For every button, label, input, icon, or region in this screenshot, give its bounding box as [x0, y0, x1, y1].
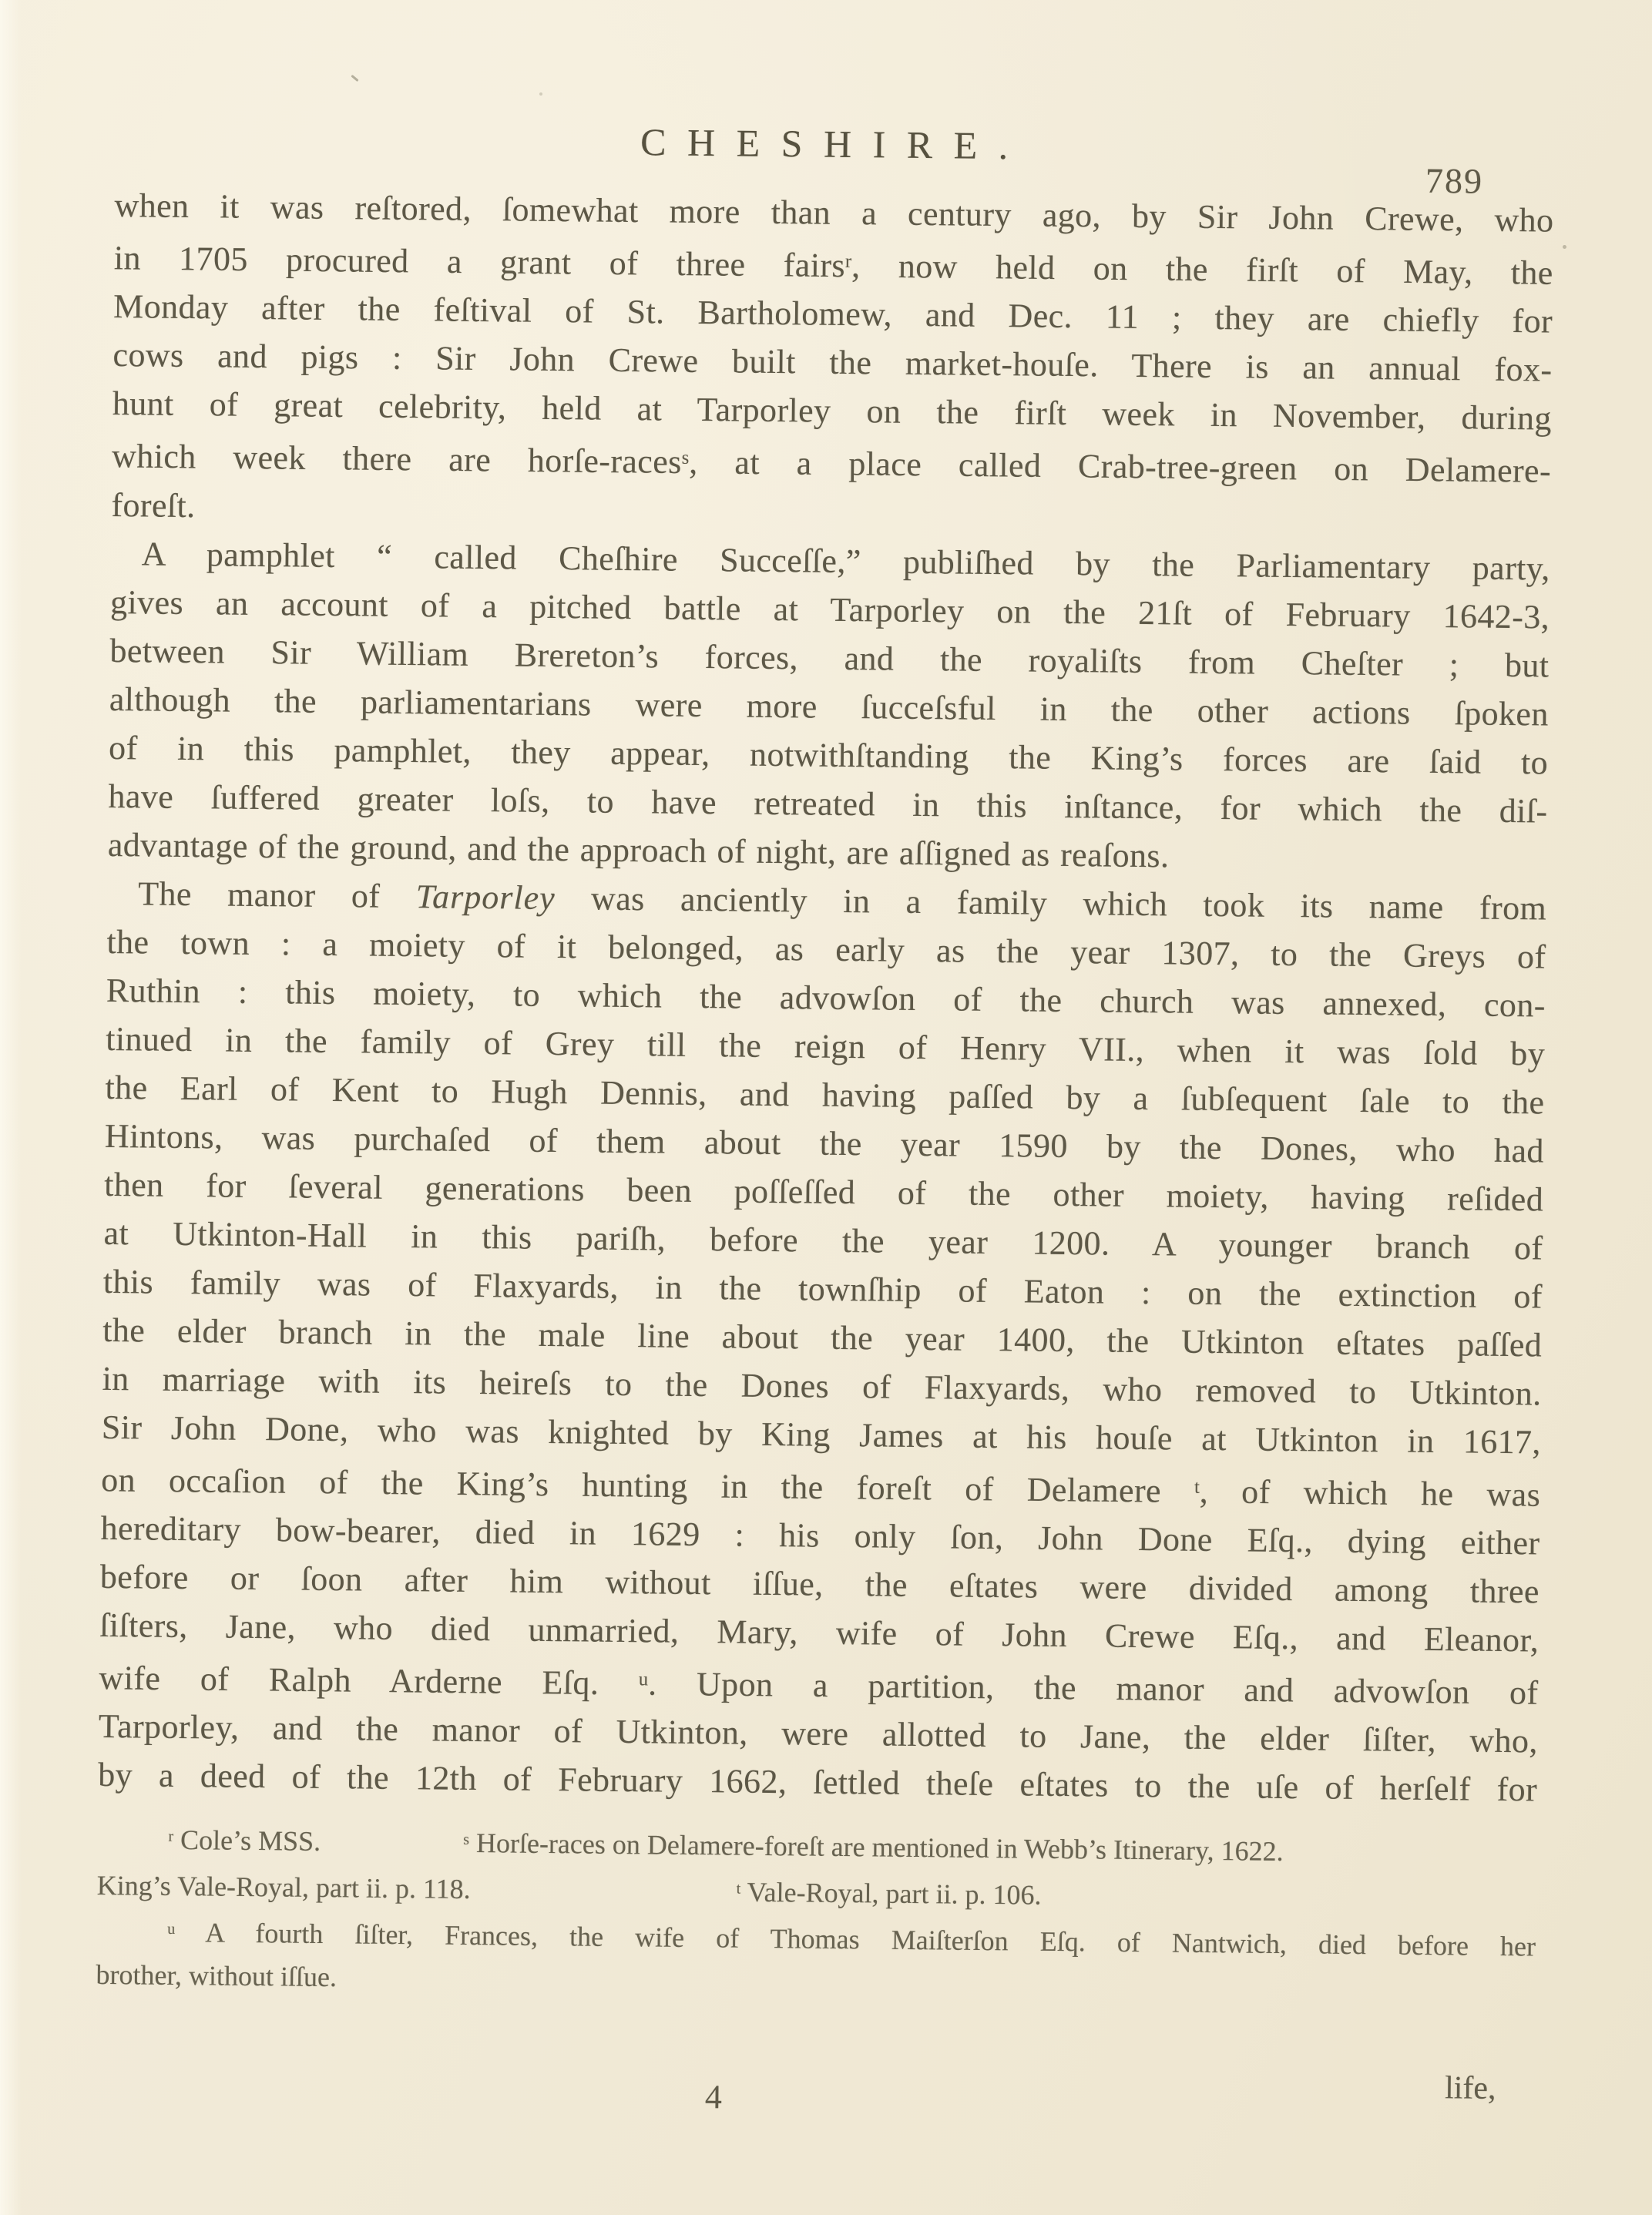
page-number: 789: [1425, 160, 1484, 202]
body-line-part: . Upon a partition, the manor and advowſ…: [648, 1665, 1539, 1712]
footnotes: r Cole’s MSS.s Horſe-races on Delamere-f…: [96, 1814, 1536, 2012]
body-text: when it was reſtored, ſomewhat more than…: [98, 181, 1554, 1814]
footnote-cole: r Cole’s MSS.: [168, 1824, 321, 1857]
body-line-part: , of which he was: [1200, 1472, 1541, 1514]
signature-mark: 4: [705, 2077, 723, 2116]
footnote-text: Cole’s MSS.: [173, 1824, 321, 1857]
body-paragraph-3: The manor of Tarporley was anciently in …: [98, 869, 1547, 1814]
book-page: CHESHIRE. 789 when it was reſtored, ſome…: [0, 0, 1652, 2215]
page-content: CHESHIRE. 789 when it was reſtored, ſome…: [96, 100, 1555, 2012]
body-line-part: wife of Ralph Arderne Eſq.: [99, 1659, 639, 1702]
body-line-part: in 1705 procured a grant of three fairs: [114, 239, 846, 284]
body-line-part: which week there are horſe-races: [112, 438, 682, 482]
footnote-vale-royal-118: King’s Vale-Royal, part ii. p. 118.: [97, 1870, 471, 1905]
footnote-text: Vale-Royal, part ii. p. 106.: [740, 1877, 1042, 1911]
body-paragraph-2: A pamphlet “ called Cheſhire Succeſſe,” …: [108, 529, 1551, 884]
body-line-part: was anciently in a family which took its…: [555, 879, 1546, 927]
body-line-part: , now held on the firſt of May, the: [851, 247, 1553, 292]
footnote-marker-u: u: [167, 1921, 175, 1938]
page-header: CHESHIRE. 789: [115, 100, 1555, 196]
paper-speck: [1563, 245, 1566, 249]
footnote-marker-s: s: [463, 1831, 469, 1848]
place-name-italic: Tarporley: [416, 878, 556, 917]
paper-speck: [351, 75, 358, 82]
footnote-text: A fourth ſiſter, Frances, the wife of Th…: [175, 1917, 1536, 1962]
body-line-part: on occaſion of the King’s hunting in the…: [101, 1461, 1194, 1510]
paper-speck: [539, 92, 542, 96]
footnote-ref-s: s: [682, 448, 690, 468]
footnote-vale-royal-106: t Vale-Royal, part ii. p. 106.: [736, 1877, 1041, 1911]
body-line-part: , at a place called Crab-tree-green on D…: [689, 443, 1551, 490]
catchword: life,: [1445, 2069, 1496, 2107]
footnote-text: brother, without iſſue.: [96, 1959, 337, 1992]
body-line-part: The manor of: [138, 874, 416, 915]
footnote-horse-races: s Horſe-races on Delamere-foreſt are men…: [463, 1827, 1284, 1867]
body-paragraph-1: when it was reſtored, ſomewhat more than…: [111, 181, 1554, 544]
page-title: CHESHIRE.: [115, 114, 1555, 174]
footnote-text: Horſe-races on Delamere-foreſt are menti…: [469, 1827, 1284, 1867]
footnote-ref-u: u: [639, 1669, 649, 1690]
